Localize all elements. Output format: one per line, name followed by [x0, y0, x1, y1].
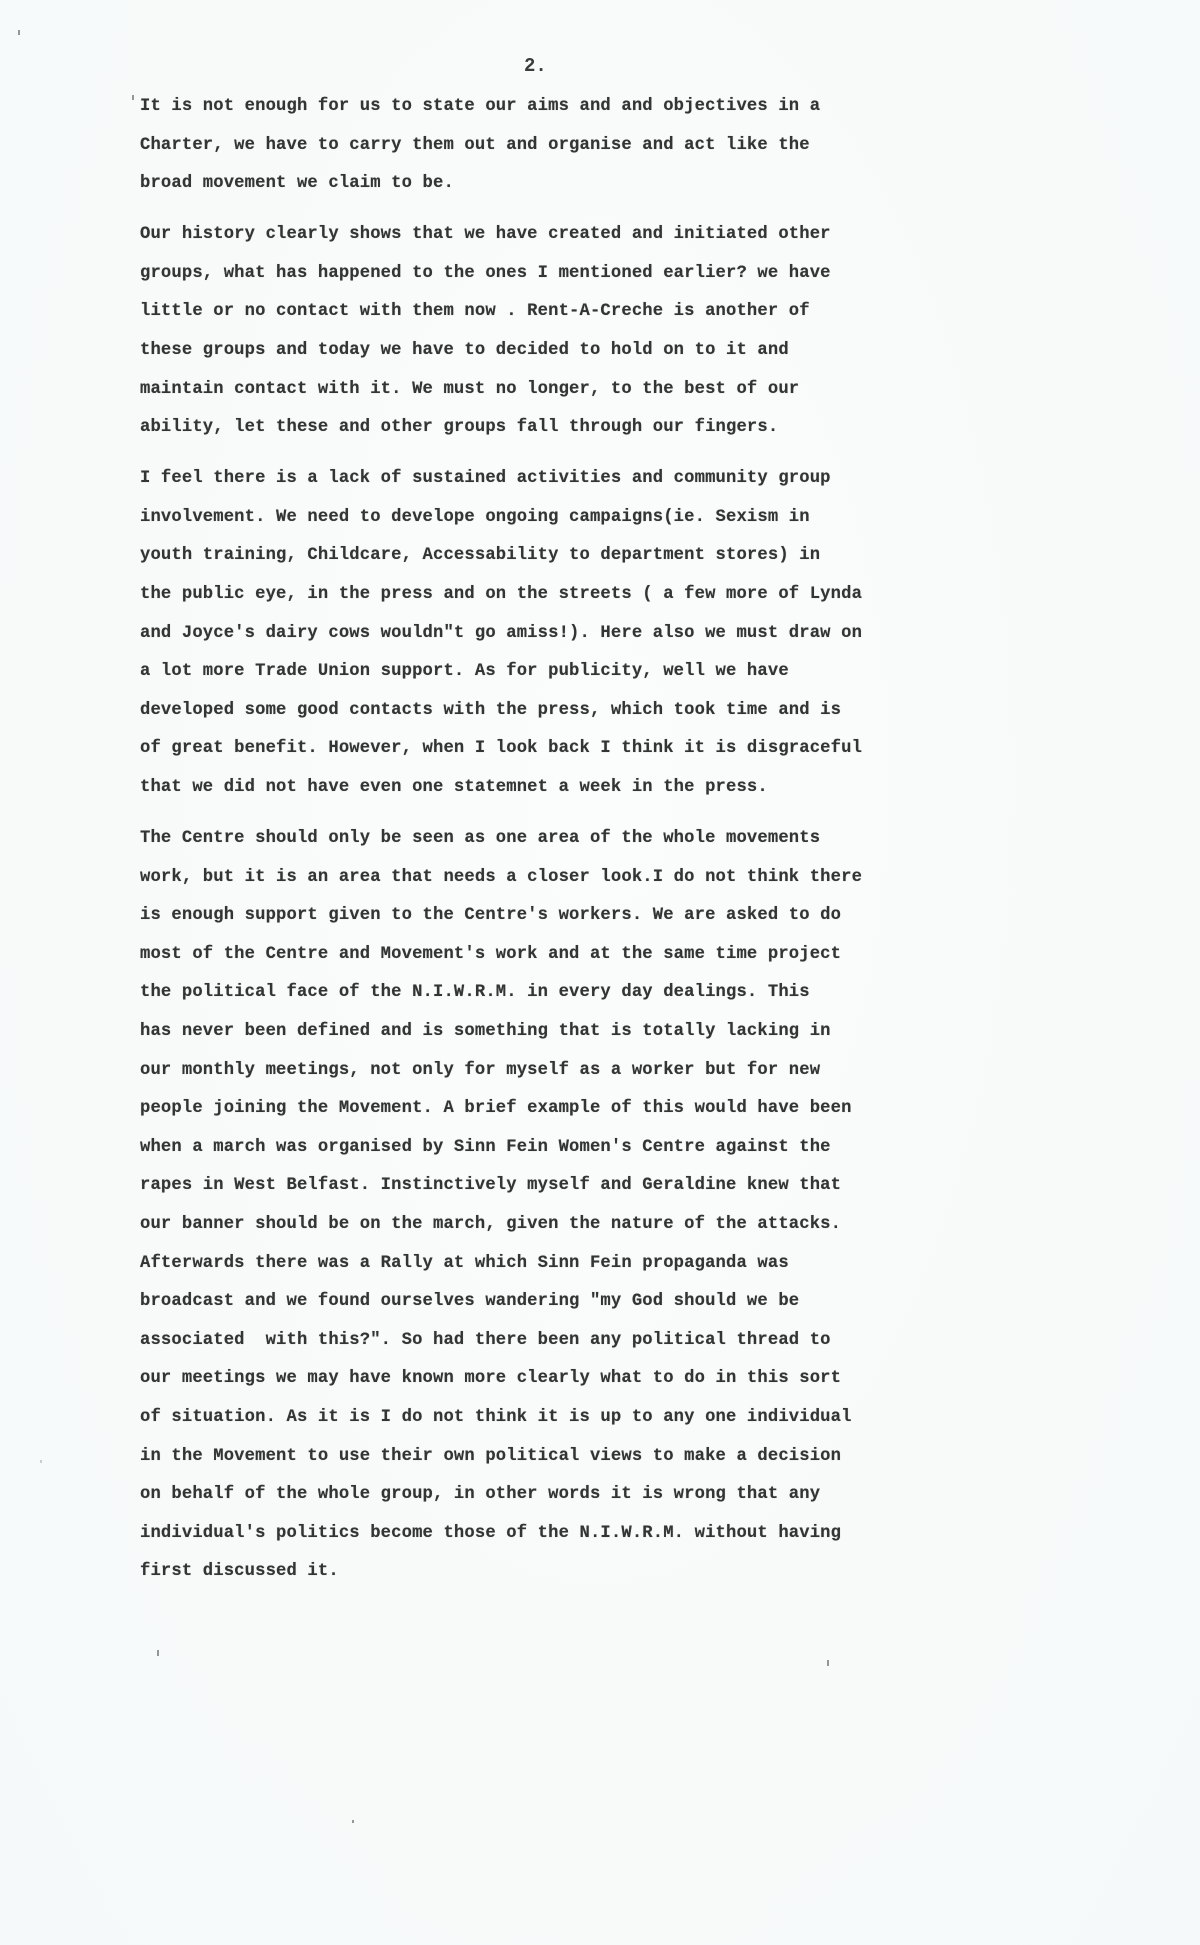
text-line: ability, let these and other groups fall… — [140, 418, 778, 438]
text-line: on behalf of the whole group, in other w… — [140, 1485, 820, 1505]
scan-mark — [40, 1460, 42, 1463]
text-line: Our history clearly shows that we have c… — [140, 225, 831, 245]
text-line: individual's politics become those of th… — [140, 1524, 841, 1544]
scan-mark — [18, 30, 20, 35]
text-line: Afterwards there was a Rally at which Si… — [140, 1254, 789, 1274]
text-line: The Centre should only be seen as one ar… — [140, 829, 820, 849]
text-line: our banner should be on the march, given… — [140, 1215, 841, 1235]
text-line: groups, what has happened to the ones I … — [140, 264, 831, 284]
text-line: when a march was organised by Sinn Fein … — [140, 1138, 831, 1158]
text-line: most of the Centre and Movement's work a… — [140, 945, 841, 965]
text-line: associated with this?". So had there bee… — [140, 1331, 831, 1351]
scan-mark — [132, 95, 134, 100]
text-line: these groups and today we have to decide… — [140, 341, 789, 361]
text-line: in the Movement to use their own politic… — [140, 1447, 841, 1467]
text-line: the political face of the N.I.W.R.M. in … — [140, 983, 810, 1003]
text-line: broad movement we claim to be. — [140, 174, 454, 194]
text-line: our meetings we may have known more clea… — [140, 1369, 841, 1389]
text-line: I feel there is a lack of sustained acti… — [140, 469, 831, 489]
text-line: a lot more Trade Union support. As for p… — [140, 662, 789, 682]
text-line: Charter, we have to carry them out and o… — [140, 136, 810, 156]
text-line: rapes in West Belfast. Instinctively mys… — [140, 1176, 841, 1196]
text-line: people joining the Movement. A brief exa… — [140, 1099, 852, 1119]
text-line: the public eye, in the press and on the … — [140, 585, 862, 605]
text-line: first discussed it. — [140, 1562, 339, 1582]
text-line: has never been defined and is something … — [140, 1022, 831, 1042]
text-line: involvement. We need to develope ongoing… — [140, 508, 810, 528]
scan-mark — [827, 1660, 829, 1666]
text-line: maintain contact with it. We must no lon… — [140, 380, 799, 400]
text-line: developed some good contacts with the pr… — [140, 701, 841, 721]
text-line: youth training, Childcare, Accessability… — [140, 546, 820, 566]
text-line: is enough support given to the Centre's … — [140, 906, 841, 926]
text-line: and Joyce's dairy cows wouldn"t go amiss… — [140, 624, 862, 644]
scan-mark — [352, 1820, 354, 1823]
text-line: of situation. As it is I do not think it… — [140, 1408, 852, 1428]
page-number: 2. — [524, 55, 547, 77]
text-line: of great benefit. However, when I look b… — [140, 739, 862, 759]
text-line: our monthly meetings, not only for mysel… — [140, 1061, 820, 1081]
scan-mark — [157, 1650, 159, 1656]
text-line: that we did not have even one statemnet … — [140, 778, 768, 798]
text-line: It is not enough for us to state our aim… — [140, 97, 820, 117]
text-line: work, but it is an area that needs a clo… — [140, 868, 862, 888]
text-line: broadcast and we found ourselves wanderi… — [140, 1292, 799, 1312]
text-line: little or no contact with them now . Ren… — [140, 302, 810, 322]
document-page: 2. It is not enough for us to state our … — [0, 0, 1200, 1945]
